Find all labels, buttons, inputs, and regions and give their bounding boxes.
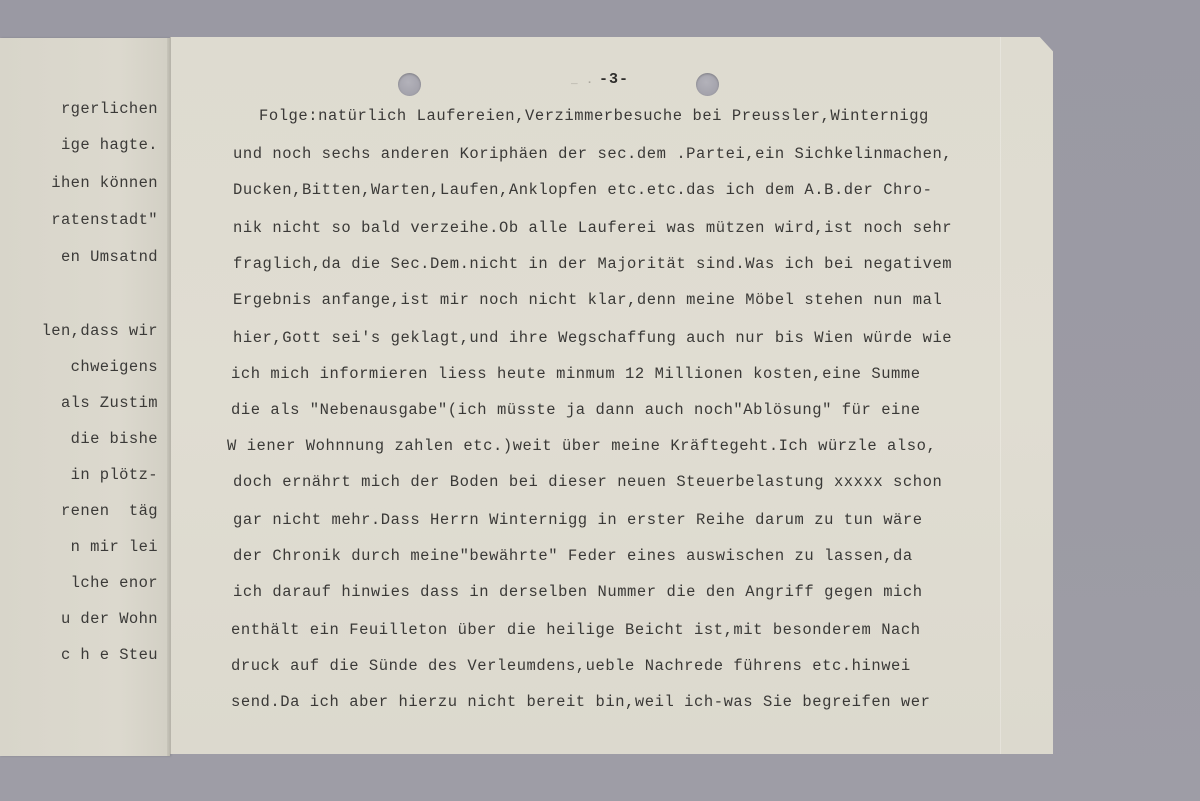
letter-line: der Chronik durch meine"bewährte" Feder …: [233, 547, 913, 565]
letter-line: Ergebnis anfange,ist mir noch nicht klar…: [233, 291, 942, 309]
left-page-line: ihen können: [51, 174, 158, 192]
left-page-line: die bishe: [71, 430, 158, 448]
letter-line: doch ernährt mich der Boden bei dieser n…: [233, 473, 942, 491]
left-page-line: len,dass wir: [42, 322, 158, 340]
left-page-line: rgerlichen: [61, 100, 158, 118]
left-page-line: ratenstadt": [51, 211, 158, 229]
left-page-line: c h e Steu: [61, 646, 158, 664]
left-page-line: lche enor: [71, 574, 158, 592]
letter-line: ich mich informieren liess heute minmum …: [231, 365, 921, 383]
letter-line: nik nicht so bald verzeihe.Ob alle Laufe…: [233, 219, 952, 237]
letter-line: druck auf die Sünde des Verleumdens,uebl…: [231, 657, 911, 675]
current-page: _ . -3- Folge:natürlich Laufereien,Verzi…: [170, 37, 1053, 754]
letter-line: die als "Nebenausgabe"(ich müsste ja dan…: [231, 401, 921, 419]
left-page-line: en Umsatnd: [61, 248, 158, 266]
scan-background: rgerlichen ige hagte. ihen können ratens…: [0, 0, 1200, 801]
left-page-line: in plötz-: [71, 466, 158, 484]
letter-line: hier,Gott sei's geklagt,und ihre Wegscha…: [233, 329, 952, 347]
letter-line: ich darauf hinwies dass in derselben Num…: [233, 583, 923, 601]
page-number: _ . -3-: [599, 71, 629, 88]
left-page-line: u der Wohn: [61, 610, 158, 628]
left-page-line: als Zustim: [61, 394, 158, 412]
letter-line: enthält ein Feuilleton über die heilige …: [231, 621, 921, 639]
punch-hole-right: [696, 73, 719, 96]
left-page-line: chweigens: [71, 358, 158, 376]
letter-line: Ducken,Bitten,Warten,Laufen,Anklopfen et…: [233, 181, 932, 199]
letter-line: send.Da ich aber hierzu nicht bereit bin…: [231, 693, 930, 711]
letter-line: Folge:natürlich Laufereien,Verzimmerbesu…: [259, 107, 929, 125]
letter-line: und noch sechs anderen Koriphäen der sec…: [233, 145, 952, 163]
faint-mark: _ .: [571, 75, 594, 87]
left-page-line: n mir lei: [71, 538, 158, 556]
page-gutter: [167, 38, 170, 756]
punch-hole-left: [398, 73, 421, 96]
letter-line: fraglich,da die Sec.Dem.nicht in der Maj…: [233, 255, 952, 273]
letter-line: W iener Wohnnung zahlen etc.)weit über m…: [227, 437, 936, 455]
left-page-line: renen täg: [61, 502, 158, 520]
previous-page: rgerlichen ige hagte. ihen können ratens…: [0, 38, 170, 756]
letter-line: gar nicht mehr.Dass Herrn Winternigg in …: [233, 511, 923, 529]
page-number-label: -3-: [599, 71, 629, 88]
paper-crease: [1000, 37, 1001, 754]
left-page-line: ige hagte.: [61, 136, 158, 154]
